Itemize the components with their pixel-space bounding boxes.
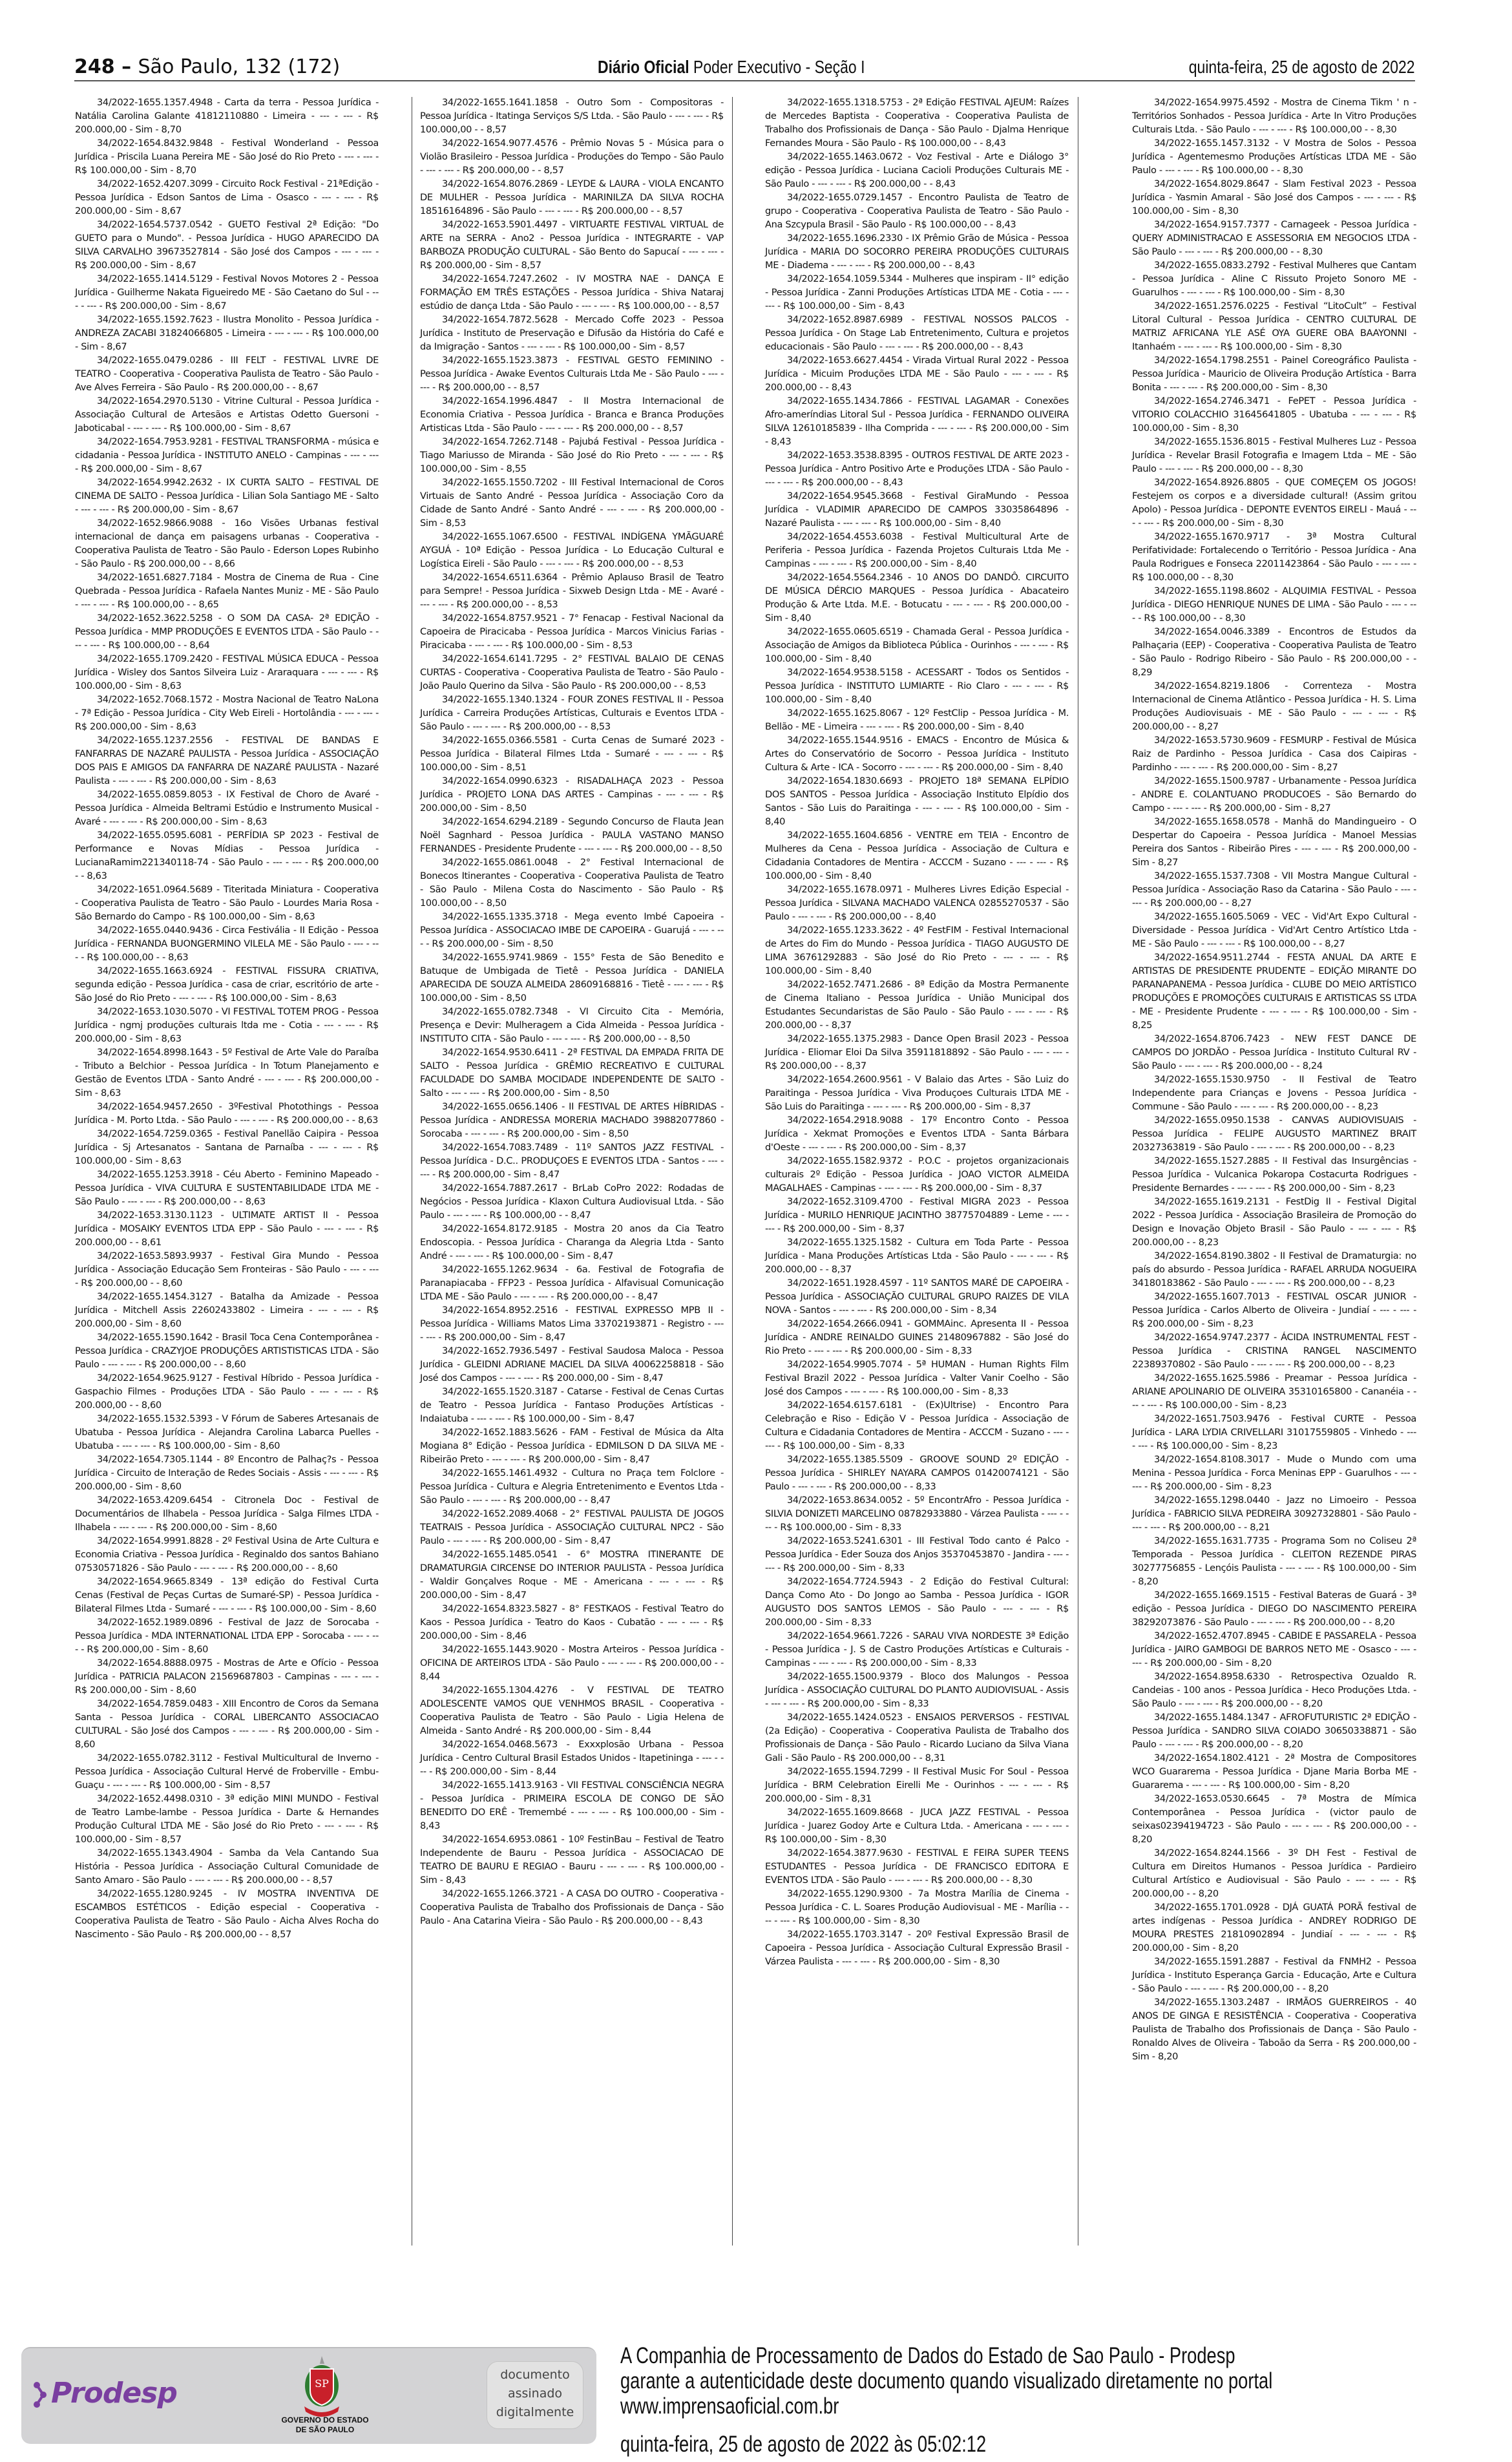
list-item: 34/2022-1655.1703.3147 - 20º Festival Ex…: [765, 1928, 1069, 1968]
list-item: 34/2022-1655.0950.1538 - CANVAS AUDIOVIS…: [1132, 1113, 1416, 1154]
list-item: 34/2022-1654.9991.8828 - 2º Festival Usi…: [75, 1534, 379, 1575]
list-item: 34/2022-1655.1424.0523 - ENSAIOS PERVERS…: [765, 1710, 1069, 1765]
list-item: 34/2022-1655.1500.9787 - Urbanamente - P…: [1132, 774, 1416, 815]
list-item: 34/2022-1655.1605.5069 - VEC - Vid'Art E…: [1132, 910, 1416, 951]
list-item: 34/2022-1654.7259.0365 - Festival Panell…: [75, 1127, 379, 1168]
list-item: 34/2022-1652.2089.4068 - 2° FESTIVAL PAU…: [420, 1507, 724, 1548]
list-item: 34/2022-1651.1928.4597 - 11º SANTOS MARÉ…: [765, 1276, 1069, 1317]
list-item: 34/2022-1652.1989.0896 - Festival de Jaz…: [75, 1615, 379, 1656]
list-item: 34/2022-1654.8219.1806 - Correnteza - Mo…: [1132, 679, 1416, 733]
page-header: 248 – São Paulo, 132 (172) Diário Oficia…: [74, 56, 1415, 79]
signed-line-2: assinado: [487, 2384, 583, 2403]
list-item: 34/2022-1655.1325.1582 - Cultura em Toda…: [765, 1236, 1069, 1276]
list-item: 34/2022-1655.1461.4932 - Cultura no Praç…: [420, 1466, 724, 1507]
list-item: 34/2022-1655.1591.2887 - Festival da FNM…: [1132, 1955, 1416, 1995]
list-item: 34/2022-1655.1527.2885 - II Festival das…: [1132, 1154, 1416, 1195]
column-divider: [412, 97, 412, 2246]
signed-line-3: digitalmente: [487, 2403, 583, 2422]
list-item: 34/2022-1654.2746.3471 - FePET - Pessoa …: [1132, 394, 1416, 435]
list-item: 34/2022-1655.1457.3132 - V Mostra de Sol…: [1132, 136, 1416, 177]
section-name: Poder Executivo - Seção I: [689, 57, 865, 77]
svg-text:SP: SP: [315, 2377, 329, 2390]
list-item: 34/2022-1655.1385.5509 - GROOVE SOUND 2º…: [765, 1453, 1069, 1493]
list-item: 34/2022-1655.1701.0928 - DJÁ GUATÁ PORÃ …: [1132, 1900, 1416, 1955]
list-item: 34/2022-1652.9866.9088 - 16o Visões Urba…: [75, 516, 379, 571]
list-item: 34/2022-1655.0440.9436 - Circa Festiváli…: [75, 923, 379, 964]
list-item: 34/2022-1652.7936.5497 - Festival Saudos…: [420, 1344, 724, 1385]
list-item: 34/2022-1653.5901.4497 - VIRTUARTE FESTI…: [420, 218, 724, 272]
list-item: 34/2022-1652.3109.4700 - Festival MIGRA …: [765, 1195, 1069, 1236]
list-item: 34/2022-1654.8757.9521 - 7° Fenacap - Fe…: [420, 611, 724, 652]
list-item: 34/2022-1653.3130.1123 - ULTIMATE ARTIST…: [75, 1208, 379, 1249]
list-item: 34/2022-1654.8108.3017 - Mude o Mundo co…: [1132, 1453, 1416, 1493]
list-item: 34/2022-1655.1625.8067 - 12º FestClip - …: [765, 706, 1069, 733]
list-item: 34/2022-1655.1375.2983 - Dance Open Bras…: [765, 1032, 1069, 1073]
header-dash: –: [115, 56, 138, 78]
list-item: 34/2022-1655.1550.7202 - III Festival In…: [420, 476, 724, 530]
list-item: 34/2022-1654.4553.6038 - Festival Multic…: [765, 530, 1069, 571]
list-item: 34/2022-1655.1280.9245 - IV MOSTRA INVEN…: [75, 1887, 379, 1941]
prodesp-logo: Prodesp: [33, 2377, 177, 2410]
list-item: 34/2022-1654.5737.0542 - GUETO Festival …: [75, 218, 379, 272]
list-item: 34/2022-1655.1536.8015 - Festival Mulher…: [1132, 435, 1416, 476]
list-item: 34/2022-1655.1696.2330 - IX Prêmio Grão …: [765, 231, 1069, 272]
list-item: 34/2022-1654.2970.5130 - Vitrine Cultura…: [75, 394, 379, 435]
list-item: 34/2022-1655.1590.1642 - Brasil Toca Cen…: [75, 1331, 379, 1371]
column-divider: [1078, 97, 1078, 2246]
list-item: 34/2022-1653.6627.4454 - Virada Virtual …: [765, 353, 1069, 394]
list-item: 34/2022-1654.9625.9127 - Festival Híbrid…: [75, 1371, 379, 1412]
gov-line-2: DE SÃO PAULO: [277, 2425, 373, 2435]
list-item: 34/2022-1654.7305.1144 - 8º Encontro de …: [75, 1453, 379, 1493]
list-item: 34/2022-1655.1484.1347 - AFROFUTURISTIC …: [1132, 1710, 1416, 1751]
list-item: 34/2022-1655.1530.9750 - II Festival de …: [1132, 1073, 1416, 1113]
list-item: 34/2022-1655.1237.2556 - FESTIVAL DE BAN…: [75, 733, 379, 788]
header-date: quinta-feira, 25 de agosto de 2022: [1189, 57, 1415, 78]
list-item: 34/2022-1654.2600.9561 - V Balaio das Ar…: [765, 1073, 1069, 1113]
list-item: 34/2022-1655.1262.9634 - 6a. Festival de…: [420, 1263, 724, 1303]
list-item: 34/2022-1655.1340.1324 - FOUR ZONES FEST…: [420, 693, 724, 733]
list-item: 34/2022-1654.9157.7377 - Carnageek - Pes…: [1132, 218, 1416, 258]
list-item: 34/2022-1655.1357.4948 - Carta da terra …: [75, 96, 379, 136]
list-item: 34/2022-1655.0859.8053 - IX Festival de …: [75, 788, 379, 828]
list-item: 34/2022-1653.3538.8395 - OUTROS FESTIVAL…: [765, 448, 1069, 489]
list-item: 34/2022-1653.4209.6454 - Citronela Doc -…: [75, 1493, 379, 1534]
list-item: 34/2022-1652.4498.0310 - 3ª edição MINI …: [75, 1792, 379, 1846]
list-item: 34/2022-1655.1454.3127 - Batalha da Amiz…: [75, 1290, 379, 1331]
text-column-4: 34/2022-1654.9975.4592 - Mostra de Cinem…: [1132, 96, 1416, 2063]
list-item: 34/2022-1655.1266.3721 - A CASA DO OUTRO…: [420, 1887, 724, 1928]
list-item: 34/2022-1655.1619.2131 - FestDig II - Fe…: [1132, 1195, 1416, 1249]
list-item: 34/2022-1655.1318.5753 - 2ª Edição FESTI…: [765, 96, 1069, 150]
list-item: 34/2022-1654.9747.2377 - ÁCIDA INSTRUMEN…: [1132, 1331, 1416, 1371]
list-item: 34/2022-1654.8190.3802 - II Festival de …: [1132, 1249, 1416, 1290]
list-item: 34/2022-1654.7859.0483 - XIII Encontro d…: [75, 1697, 379, 1751]
list-item: 34/2022-1653.5730.9609 - FESMURP - Festi…: [1132, 733, 1416, 774]
list-item: 34/2022-1654.9511.2744 - FESTA ANUAL DA …: [1132, 951, 1416, 1032]
list-item: 34/2022-1654.1798.2551 - Painel Coreográ…: [1132, 353, 1416, 394]
list-item: 34/2022-1654.8244.1566 - 3º DH Fest - Fe…: [1132, 1846, 1416, 1900]
list-item: 34/2022-1654.9538.5158 - ACESSART - Todo…: [765, 666, 1069, 706]
list-item: 34/2022-1655.1520.3187 - Catarse - Festi…: [420, 1385, 724, 1426]
list-item: 34/2022-1654.8323.5827 - 8° FESTKAOS - F…: [420, 1602, 724, 1643]
list-item: 34/2022-1654.6511.6364 - Prêmio Aplauso …: [420, 571, 724, 611]
list-item: 34/2022-1655.1298.0440 - Jazz no Limoeir…: [1132, 1493, 1416, 1534]
list-item: 34/2022-1654.8172.9185 - Mostra 20 anos …: [420, 1222, 724, 1263]
list-item: 34/2022-1655.0366.5581 - Curta Cenas de …: [420, 733, 724, 774]
list-item: 34/2022-1655.1709.2420 - FESTIVAL MÚSICA…: [75, 652, 379, 693]
list-item: 34/2022-1654.9530.6411 - 2ª FESTIVAL DA …: [420, 1046, 724, 1100]
list-item: 34/2022-1652.1883.5626 - FAM - Festival …: [420, 1426, 724, 1466]
list-item: 34/2022-1655.1198.8602 - ALQUIMIA FESTIV…: [1132, 584, 1416, 625]
list-item: 34/2022-1654.8029.8647 - Slam Festival 2…: [1132, 177, 1416, 218]
list-item: 34/2022-1654.8432.9848 - Festival Wonder…: [75, 136, 379, 177]
list-item: 34/2022-1654.7262.7148 - Pajubá Festival…: [420, 435, 724, 476]
list-item: 34/2022-1652.4207.3099 - Circuito Rock F…: [75, 177, 379, 218]
list-item: 34/2022-1654.9077.4576 - Prêmio Novas 5 …: [420, 136, 724, 177]
page-number: 248: [74, 56, 115, 78]
list-item: 34/2022-1654.6294.2189 - Segundo Concurs…: [420, 815, 724, 856]
list-item: 34/2022-1655.1582.9372 - P.O.C - projeto…: [765, 1154, 1069, 1195]
list-item: 34/2022-1655.1443.9020 - Mostra Arteiros…: [420, 1643, 724, 1683]
authenticity-notice: A Companhia de Processamento de Dados do…: [620, 2343, 1276, 2419]
list-item: 34/2022-1654.1996.4847 - II Mostra Inter…: [420, 394, 724, 435]
signed-line-1: documento: [487, 2366, 583, 2384]
list-item: 34/2022-1654.8076.2869 - LEYDE & LAURA -…: [420, 177, 724, 218]
list-item: 34/2022-1654.8998.1643 - 5º Festival de …: [75, 1046, 379, 1100]
list-item: 34/2022-1654.2918.9088 - 17º Encontro Co…: [765, 1113, 1069, 1154]
list-item: 34/2022-1655.1413.9163 - VII FESTIVAL CO…: [420, 1778, 724, 1833]
list-item: 34/2022-1653.8634.0052 - 5º EncontrAfro …: [765, 1493, 1069, 1534]
list-item: 34/2022-1654.8958.6330 - Retrospectiva O…: [1132, 1670, 1416, 1710]
government-logo-text: GOVERNO DO ESTADO DE SÃO PAULO: [277, 2415, 373, 2435]
text-column-1: 34/2022-1655.1357.4948 - Carta da terra …: [75, 96, 379, 1941]
list-item: 34/2022-1652.7068.1572 - Mostra Nacional…: [75, 693, 379, 733]
text-column-2: 34/2022-1655.1641.1858 - Outro Som - Com…: [420, 96, 724, 1928]
list-item: 34/2022-1651.0964.5689 - Titeritada Mini…: [75, 883, 379, 923]
list-item: 34/2022-1654.9975.4592 - Mostra de Cinem…: [1132, 96, 1416, 136]
list-item: 34/2022-1655.1641.1858 - Outro Som - Com…: [420, 96, 724, 136]
list-item: 34/2022-1655.1670.9717 - 3ª Mostra Cultu…: [1132, 530, 1416, 584]
list-item: 34/2022-1655.1678.0971 - Mulheres Livres…: [765, 883, 1069, 923]
list-item: 34/2022-1654.7887.2617 - BrLab CoPro 202…: [420, 1181, 724, 1222]
list-item: 34/2022-1654.6953.0861 - 10º FestinBau –…: [420, 1833, 724, 1887]
list-item: 34/2022-1655.1253.3918 - Céu Aberto - Fe…: [75, 1168, 379, 1208]
list-item: 34/2022-1654.0990.6323 - RISADALHAÇA 202…: [420, 774, 724, 815]
list-item: 34/2022-1655.1067.6500 - FESTIVAL INDÍGE…: [420, 530, 724, 571]
publication-name: Diário Oficial: [598, 57, 689, 77]
list-item: 34/2022-1655.1233.3622 - 4º FestFIM - Fe…: [765, 923, 1069, 978]
list-item: 34/2022-1654.7953.9281 - FESTIVAL TRANSF…: [75, 435, 379, 476]
list-item: 34/2022-1655.1544.9516 - EMACS - Encontr…: [765, 733, 1069, 774]
list-item: 34/2022-1655.1669.1515 - Festival Batera…: [1132, 1588, 1416, 1629]
list-item: 34/2022-1651.7503.9476 - Festival CURTE …: [1132, 1412, 1416, 1453]
list-item: 34/2022-1655.1303.2487 - IRMÃOS GUERREIR…: [1132, 1995, 1416, 2063]
list-item: 34/2022-1655.1532.5393 - V Fórum de Sabe…: [75, 1412, 379, 1453]
list-item: 34/2022-1654.9457.2650 - 3ºFestival Phot…: [75, 1100, 379, 1127]
list-item: 34/2022-1655.0782.3112 - Festival Multic…: [75, 1751, 379, 1792]
list-item: 34/2022-1654.0468.5673 - Exxxplosão Urba…: [420, 1738, 724, 1778]
list-item: 34/2022-1655.1631.7735 - Programa Som no…: [1132, 1534, 1416, 1588]
list-item: 34/2022-1655.1523.3873 - FESTIVAL GESTO …: [420, 353, 724, 394]
header-rule: [74, 80, 1415, 81]
list-item: 34/2022-1654.9905.7074 - 5ª HUMAN - Huma…: [765, 1358, 1069, 1398]
list-item: 34/2022-1654.1802.4121 - 2ª Mostra de Co…: [1132, 1751, 1416, 1792]
list-item: 34/2022-1655.1290.9300 - 7a Mostra Maríl…: [765, 1887, 1069, 1928]
list-item: 34/2022-1654.8888.0975 - Mostras de Arte…: [75, 1656, 379, 1697]
list-item: 34/2022-1652.7471.2686 - 8ª Edição da Mo…: [765, 978, 1069, 1032]
footer-seal-box: Prodesp SP GOVERNO DO ESTADO DE SÃO PAUL…: [21, 2347, 596, 2444]
list-item: 34/2022-1655.0861.0048 - 2° Festival Int…: [420, 856, 724, 910]
list-item: 34/2022-1654.6141.7295 - 2° FESTIVAL BAL…: [420, 652, 724, 693]
list-item: 34/2022-1654.8926.8805 - QUE COMEÇEM OS …: [1132, 476, 1416, 530]
list-item: 34/2022-1655.1463.0672 - Voz Festival - …: [765, 150, 1069, 191]
list-item: 34/2022-1655.0782.7348 - VI Circuito Cit…: [420, 1005, 724, 1046]
list-item: 34/2022-1655.1625.5986 - Preamar - Pesso…: [1132, 1371, 1416, 1412]
list-item: 34/2022-1655.1594.7299 - II Festival Mus…: [765, 1765, 1069, 1805]
column-divider: [732, 97, 733, 2246]
page-issue: 248 – São Paulo, 132 (172): [74, 56, 340, 78]
prodesp-network-icon: [33, 2381, 47, 2408]
list-item: 34/2022-1654.1059.5344 - Mulheres que in…: [765, 272, 1069, 313]
list-item: 34/2022-1654.9661.7226 - SARAU VIVA NORD…: [765, 1629, 1069, 1670]
list-item: 34/2022-1654.7724.5943 - 2 Edição do Fes…: [765, 1575, 1069, 1629]
list-item: 34/2022-1655.1343.4904 - Samba da Vela C…: [75, 1846, 379, 1887]
list-item: 34/2022-1655.1434.7866 - FESTIVAL LAGAMA…: [765, 394, 1069, 448]
list-item: 34/2022-1654.8952.2516 - FESTIVAL EXPRES…: [420, 1303, 724, 1344]
list-item: 34/2022-1652.8987.6989 - FESTIVAL NOSSOS…: [765, 313, 1069, 353]
list-item: 34/2022-1655.1609.8668 - JUCA JAZZ FESTI…: [765, 1805, 1069, 1846]
list-item: 34/2022-1655.1604.6856 - VENTRE em TEIA …: [765, 828, 1069, 883]
list-item: 34/2022-1655.1485.0541 - 6° MOSTRA ITINE…: [420, 1548, 724, 1602]
list-item: 34/2022-1655.0595.6081 - PERFÍDIA SP 202…: [75, 828, 379, 883]
list-item: 34/2022-1655.9741.9869 - 155° Festa de S…: [420, 951, 724, 1005]
list-item: 34/2022-1655.0605.6519 - Chamada Geral -…: [765, 625, 1069, 666]
list-item: 34/2022-1655.0729.1457 - Encontro Paulis…: [765, 191, 1069, 231]
prodesp-wordmark: Prodesp: [51, 2377, 177, 2410]
list-item: 34/2022-1655.1592.7623 - Ilustra Monolit…: [75, 313, 379, 353]
list-item: 34/2022-1654.2666.0941 - GOMMAinc. Apres…: [765, 1317, 1069, 1358]
list-item: 34/2022-1655.0656.1406 - II FESTIVAL DE …: [420, 1100, 724, 1141]
signature-timestamp: quinta-feira, 25 de agosto de 2022 às 05…: [620, 2432, 986, 2457]
list-item: 34/2022-1654.9665.8349 - 13ª edição do F…: [75, 1575, 379, 1615]
list-item: 34/2022-1653.1030.5070 - VI FESTIVAL TOT…: [75, 1005, 379, 1046]
publication-title: Diário Oficial Poder Executivo - Seção I: [598, 57, 865, 78]
list-item: 34/2022-1653.5241.6301 - III Festival To…: [765, 1534, 1069, 1575]
list-item: 34/2022-1655.1537.7308 - VII Mostra Mang…: [1132, 869, 1416, 910]
digitally-signed-badge: documento assinado digitalmente: [487, 2361, 583, 2429]
list-item: 34/2022-1654.7083.7489 - 11º SANTOS JAZZ…: [420, 1141, 724, 1181]
list-item: 34/2022-1651.6827.7184 - Mostra de Cinem…: [75, 571, 379, 611]
gov-line-1: GOVERNO DO ESTADO: [277, 2415, 373, 2425]
text-column-3: 34/2022-1655.1318.5753 - 2ª Edição FESTI…: [765, 96, 1069, 1968]
list-item: 34/2022-1653.5893.9937 - Festival Gira M…: [75, 1249, 379, 1290]
issue-label: São Paulo, 132 (172): [138, 56, 341, 78]
list-item: 34/2022-1654.0046.3389 - Encontros de Es…: [1132, 625, 1416, 679]
list-item: 34/2022-1651.2576.0225 - Festival “LitoC…: [1132, 299, 1416, 353]
list-item: 34/2022-1655.1607.7013 - FESTIVAL OSCAR …: [1132, 1290, 1416, 1331]
list-item: 34/2022-1654.7872.5628 - Mercado Coffe 2…: [420, 313, 724, 353]
list-item: 34/2022-1653.0530.6645 - 7ª Mostra de Mí…: [1132, 1792, 1416, 1846]
list-item: 34/2022-1654.1830.6693 - PROJETO 18ª SEM…: [765, 774, 1069, 828]
list-item: 34/2022-1654.6157.6181 - (Ex)Ultrise) - …: [765, 1398, 1069, 1453]
list-item: 34/2022-1654.7247.2602 - IV MOSTRA NAE -…: [420, 272, 724, 313]
list-item: 34/2022-1652.3622.5258 - O SOM DA CASA- …: [75, 611, 379, 652]
list-item: 34/2022-1655.1414.5129 - Festival Novos …: [75, 272, 379, 313]
list-item: 34/2022-1655.1304.4276 - V FESTIVAL DE T…: [420, 1683, 724, 1738]
list-item: 34/2022-1655.0479.0286 - III FELT - FEST…: [75, 353, 379, 394]
list-item: 34/2022-1655.0833.2792 - Festival Mulher…: [1132, 258, 1416, 299]
list-item: 34/2022-1652.4707.8945 - CABIDE E PASSAR…: [1132, 1629, 1416, 1670]
list-item: 34/2022-1655.1663.6924 - FESTIVAL FISSUR…: [75, 964, 379, 1005]
list-item: 34/2022-1654.9942.2632 - IX CURTA SALTO …: [75, 476, 379, 516]
list-item: 34/2022-1654.9545.3668 - Festival GiraMu…: [765, 489, 1069, 530]
list-item: 34/2022-1655.1658.0578 - Manhã do Mandin…: [1132, 815, 1416, 869]
list-item: 34/2022-1654.5564.2346 - 10 ANOS DO DAND…: [765, 571, 1069, 625]
list-item: 34/2022-1655.1500.9379 - Bloco dos Malun…: [765, 1670, 1069, 1710]
list-item: 34/2022-1654.3877.9630 - FESTIVAL E FEIR…: [765, 1846, 1069, 1887]
list-item: 34/2022-1655.1335.3718 - Mega evento Imb…: [420, 910, 724, 951]
list-item: 34/2022-1654.8706.7423 - NEW FEST DANCE …: [1132, 1032, 1416, 1073]
